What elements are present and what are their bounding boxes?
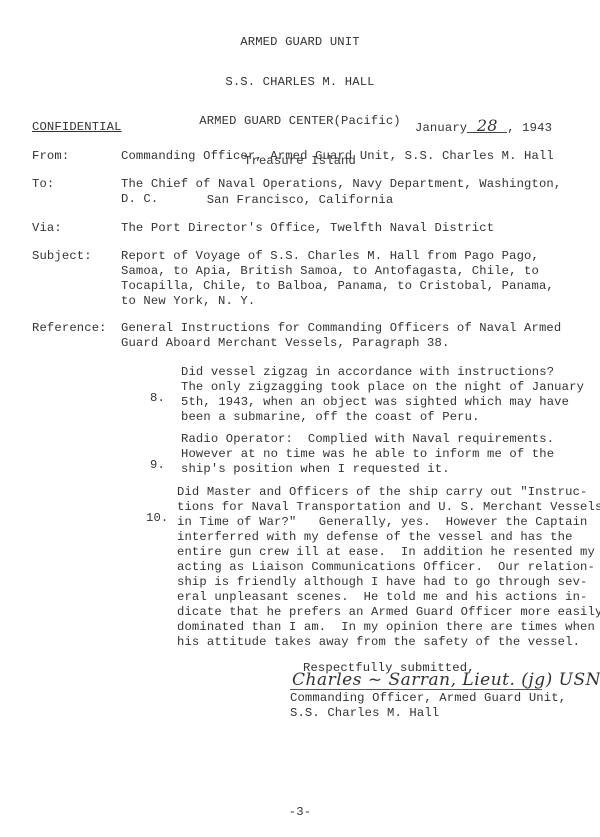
signatory-title: Commanding Officer, Armed Guard Unit, (290, 692, 566, 705)
document-page: ARMED GUARD UNIT S.S. CHARLES M. HALL AR… (0, 0, 600, 837)
paragraph-line: been a submarine, off the coast of Peru. (181, 411, 480, 424)
paragraph-line: However at no time was he able to inform… (181, 448, 554, 461)
via-label: Via: (32, 222, 62, 235)
paragraph-line: Radio Operator: Complied with Naval requ… (181, 433, 554, 446)
paragraph-line: ship's position when I requested it. (181, 463, 450, 476)
paragraph-line: dicate that he prefers an Armed Guard Of… (177, 606, 600, 619)
letterhead-line: ARMED GUARD UNIT (0, 36, 600, 50)
date-month: January (415, 121, 467, 135)
date-day-handwritten: 28 (467, 119, 507, 133)
paragraph-line: eral unpleasant scenes. He told me and h… (177, 591, 588, 604)
paragraph-line: entire gun crew ill at ease. In addition… (177, 546, 595, 559)
signature-line (290, 689, 542, 690)
paragraph-number: 8. (150, 392, 165, 405)
paragraph-line: in Time of War?" Generally, yes. However… (177, 516, 588, 529)
paragraph-line: acting as Liaison Communications Officer… (177, 561, 595, 574)
paragraph-line: Did Master and Officers of the ship carr… (177, 486, 588, 499)
paragraph-number: 9. (150, 459, 165, 472)
reference-line: Guard Aboard Merchant Vessels, Paragraph… (121, 337, 449, 350)
paragraph-line: Did vessel zigzag in accordance with ins… (181, 366, 554, 379)
letterhead-line: San Francisco, California (0, 194, 600, 208)
paragraph-10: 10. Did Master and Officers of the ship … (146, 486, 176, 668)
subject-line: Tocapilla, Chile, to Balboa, Panama, to … (121, 280, 554, 293)
to-label: To: (32, 178, 54, 191)
reference-label: Reference: (32, 322, 107, 335)
subject-line: Report of Voyage of S.S. Charles M. Hall… (121, 250, 539, 263)
paragraph-line: The only zigzagging took place on the ni… (181, 381, 584, 394)
page-number: -3- (0, 806, 600, 819)
from-label: From: (32, 150, 69, 163)
subject-label: Subject: (32, 250, 92, 263)
paragraph-line: dominated than I am. In my opinion there… (177, 621, 595, 634)
signature: Charles ~ Sarran, Lieut. (jg) USNR (292, 670, 600, 690)
letterhead-line: S.S. CHARLES M. HALL (0, 76, 600, 90)
paragraph-line: tions for Naval Transportation and U. S.… (177, 501, 600, 514)
via-value: The Port Director's Office, Twelfth Nava… (121, 222, 494, 235)
subject-line: Samoa, to Apia, British Samoa, to Antofa… (121, 265, 539, 278)
paragraph-line: 5th, 1943, when an object was sighted wh… (181, 396, 569, 409)
reference-line: General Instructions for Commanding Offi… (121, 322, 561, 335)
classification-mark: CONFIDENTIAL (32, 121, 122, 134)
to-value-line: The Chief of Naval Operations, Navy Depa… (121, 178, 561, 191)
to-value-line: D. C. (121, 193, 158, 206)
letter-date: January28, 1943 (415, 119, 552, 135)
date-year: , 1943 (507, 121, 552, 135)
paragraph-line: ship is friendly although I have had to … (177, 576, 588, 589)
paragraph-line: interferred with my defense of the vesse… (177, 531, 573, 544)
signatory-title: S.S. Charles M. Hall (290, 707, 439, 720)
from-value: Commanding Officer, Armed Guard Unit, S.… (121, 150, 554, 163)
paragraph-number: 10. (146, 512, 168, 525)
subject-line: to New York, N. Y. (121, 295, 255, 308)
paragraph-line: his attitude takes away from the safety … (177, 636, 580, 649)
